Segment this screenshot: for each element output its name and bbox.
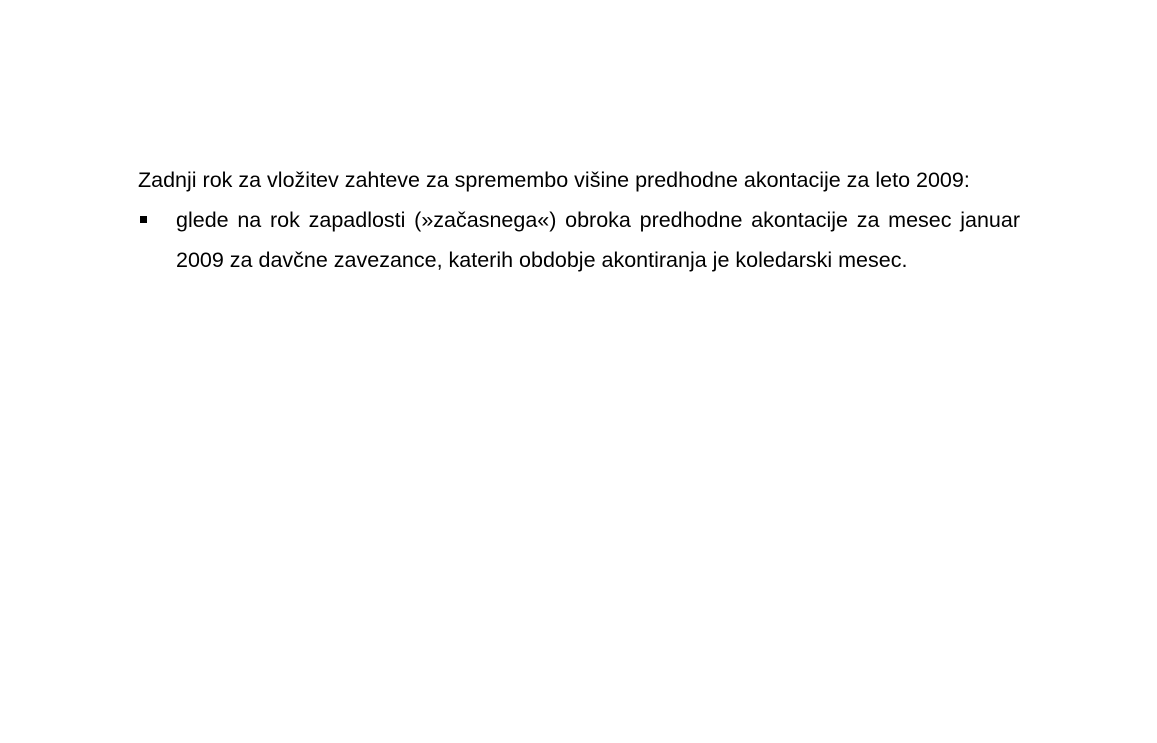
intro-paragraph: Zadnji rok za vložitev zahteve za spreme…: [138, 160, 1020, 200]
list-item: glede na rok zapadlosti (»začasnega«) ob…: [138, 200, 1020, 280]
document-page: Zadnji rok za vložitev zahteve za spreme…: [138, 160, 1020, 280]
square-bullet-icon: [140, 216, 147, 223]
bullet-text: glede na rok zapadlosti (»začasnega«) ob…: [176, 208, 1020, 272]
bullet-list: glede na rok zapadlosti (»začasnega«) ob…: [138, 200, 1020, 280]
